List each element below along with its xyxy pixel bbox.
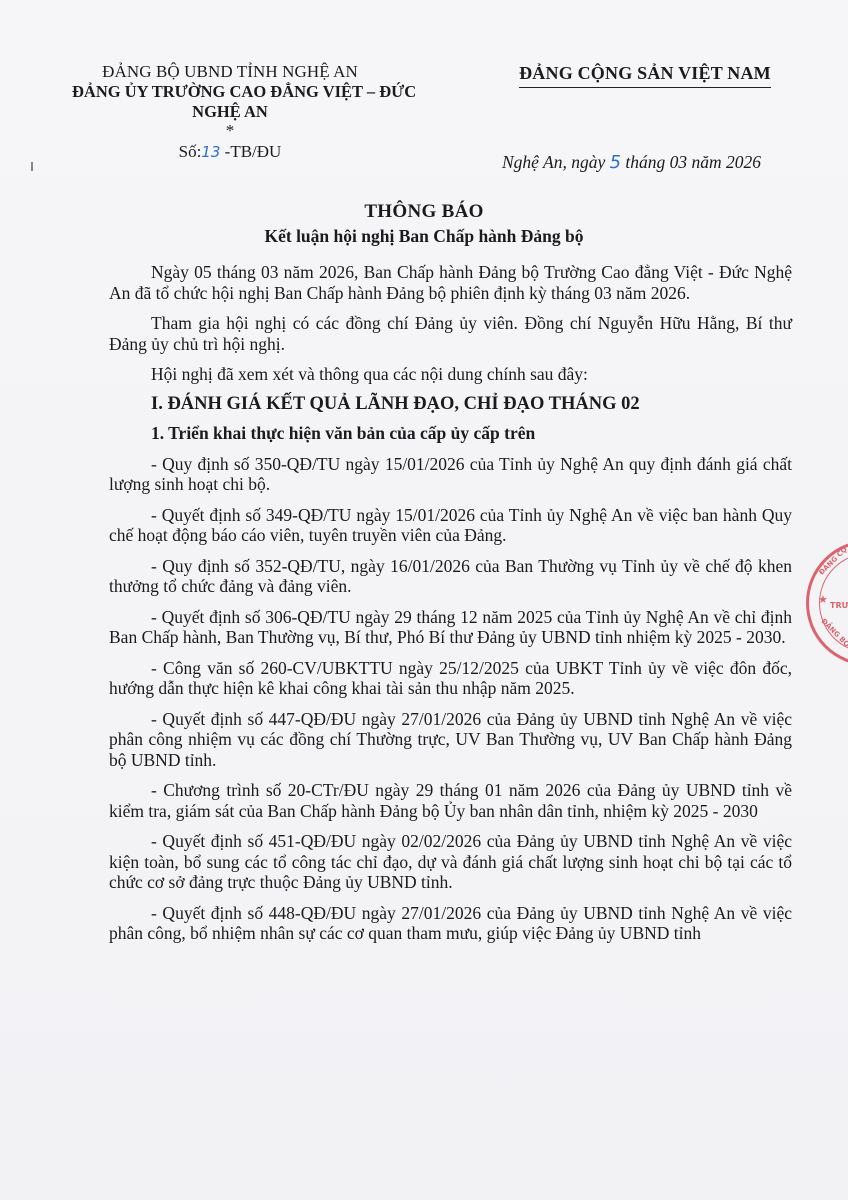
document-number: Số:13 -TB/ĐU bbox=[80, 142, 380, 162]
separator-asterisk: * bbox=[80, 124, 380, 138]
issue-place-date: Nghệ An, ngày 5 tháng 03 năm 2026 bbox=[502, 152, 761, 173]
national-motto-block: ĐẢNG CỘNG SẢN VIỆT NAM Nghệ An, ngày 5 t… bbox=[500, 63, 790, 88]
intro-paragraph: Ngày 05 tháng 03 năm 2026, Ban Chấp hành… bbox=[109, 262, 792, 303]
seal-text-middle: TRƯ bbox=[830, 601, 848, 610]
intro-paragraph: Hội nghị đã xem xét và thông qua các nội… bbox=[109, 364, 792, 385]
document-type: THÔNG BÁO bbox=[100, 200, 748, 224]
list-item: - Quyết định số 447-QĐ/ĐU ngày 27/01/202… bbox=[109, 709, 792, 771]
subsection-heading: 1. Triển khai thực hiện văn bản của cấp … bbox=[109, 422, 792, 444]
list-item: - Quy định số 352-QĐ/TU, ngày 16/01/2026… bbox=[109, 556, 792, 597]
list-item: - Quyết định số 349-QĐ/TU ngày 15/01/202… bbox=[109, 505, 792, 546]
scan-artifact bbox=[31, 162, 33, 171]
intro-paragraph: Tham gia hội nghị có các đồng chí Đảng ủ… bbox=[109, 313, 792, 354]
list-item: - Quyết định số 451-QĐ/ĐU ngày 02/02/202… bbox=[109, 831, 792, 893]
official-seal-stamp: ★ ĐẢNG CỘ TRƯ ĐẢNG BỘ bbox=[806, 540, 848, 666]
section-heading: I. ĐÁNH GIÁ KẾT QUẢ LÃNH ĐẠO, CHỈ ĐẠO TH… bbox=[109, 393, 792, 415]
issuing-organization-location: NGHỆ AN bbox=[80, 102, 380, 122]
list-item: - Quyết định số 448-QĐ/ĐU ngày 27/01/202… bbox=[109, 903, 792, 944]
document-page: ĐẢNG BỘ UBND TỈNH NGHỆ AN ĐẢNG ỦY TRƯỜNG… bbox=[0, 0, 848, 1200]
list-item: - Chương trình số 20-CTr/ĐU ngày 29 thán… bbox=[109, 780, 792, 821]
list-item: - Quy định số 350-QĐ/TU ngày 15/01/2026 … bbox=[109, 454, 792, 495]
document-subject: Kết luận hội nghị Ban Chấp hành Đảng bộ bbox=[100, 224, 748, 248]
party-motto: ĐẢNG CỘNG SẢN VIỆT NAM bbox=[519, 63, 771, 88]
date-suffix: tháng 03 năm 2026 bbox=[621, 152, 761, 172]
document-number-handwritten: 13 bbox=[201, 143, 220, 161]
document-number-suffix: -TB/ĐU bbox=[220, 142, 281, 161]
parent-organization: ĐẢNG BỘ UBND TỈNH NGHỆ AN bbox=[80, 62, 380, 82]
date-prefix: Nghệ An, ngày bbox=[502, 152, 610, 172]
document-body: Ngày 05 tháng 03 năm 2026, Ban Chấp hành… bbox=[109, 262, 792, 954]
list-item: - Quyết định số 306-QĐ/TU ngày 29 tháng … bbox=[109, 607, 792, 648]
issuing-authority-block: ĐẢNG BỘ UBND TỈNH NGHỆ AN ĐẢNG ỦY TRƯỜNG… bbox=[80, 62, 380, 162]
document-number-prefix: Số: bbox=[179, 142, 202, 161]
list-item: - Công văn số 260-CV/UBKTTU ngày 25/12/2… bbox=[109, 658, 792, 699]
document-title-block: THÔNG BÁO Kết luận hội nghị Ban Chấp hàn… bbox=[100, 200, 748, 248]
star-icon: ★ bbox=[818, 593, 828, 606]
date-day-handwritten: 5 bbox=[610, 152, 621, 173]
issuing-organization: ĐẢNG ỦY TRƯỜNG CAO ĐẲNG VIỆT – ĐỨC bbox=[72, 82, 380, 102]
